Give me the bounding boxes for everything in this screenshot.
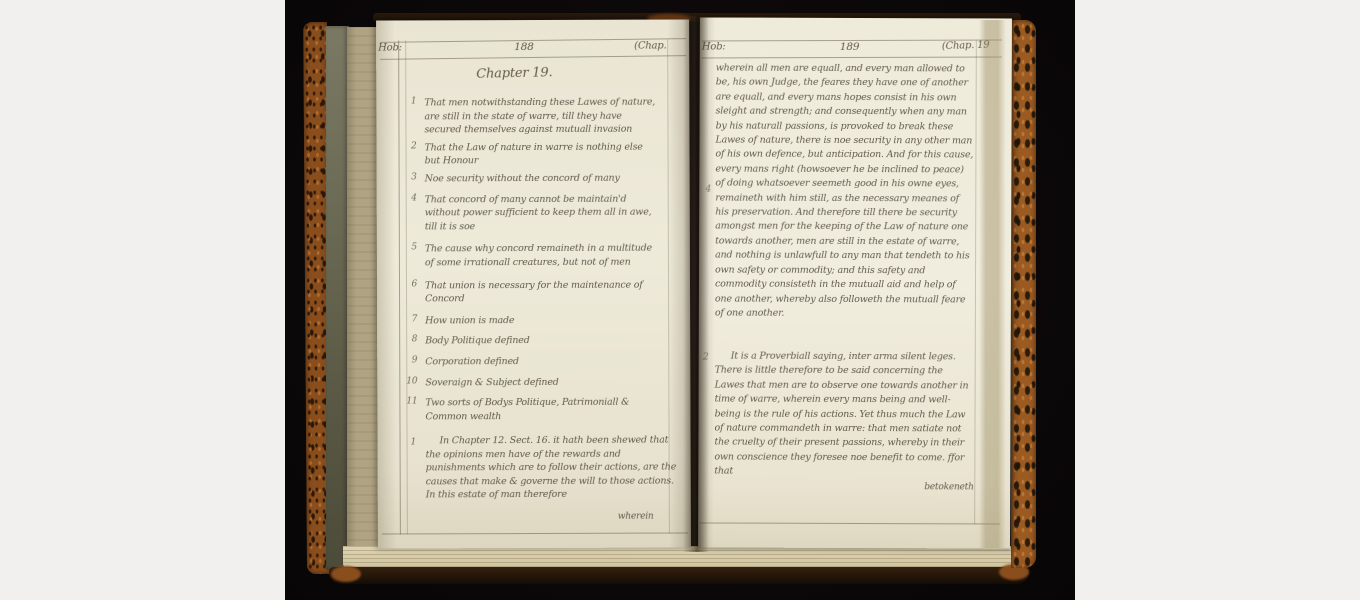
book-photograph: Hob: 188 (Chap. Chapter 19. 1That men no… [285,0,1075,600]
chapter-heading: Chapter 19. [476,65,552,82]
book-bottom-rim [329,567,1029,584]
left-page-bottom-rule [382,532,688,534]
right-page-number: 189 [840,41,859,53]
right-page-bottom-rule [700,522,1000,524]
right-page-paragraph-1: wherein all men are equall, and every ma… [715,62,974,322]
leather-corner-bottom-left [331,566,361,582]
left-page-header-rule-bottom [380,55,686,60]
list-item: 5The cause why concord remaineth in a mu… [405,242,667,270]
right-page-catchword: betokeneth [924,482,973,492]
list-item: 9Corporation defined [405,354,667,369]
section-list: 1That men notwithstanding these Lawes of… [404,96,667,428]
list-item: 11Two sorts of Bodys Politique, Patrimon… [405,396,667,424]
left-page-number: 188 [514,41,533,53]
leather-cover-right-edge [1011,20,1036,568]
right-page-right-margin-rule [974,40,977,524]
list-item: 10Soveraign & Subject defined [405,375,667,390]
list-item: 2That the Law of nature in warre is noth… [405,140,667,168]
list-item: 8Body Politique defined [405,334,667,349]
left-page-header-chapter-mark: (Chap. [634,41,666,52]
book-gutter-shadow [683,16,709,552]
right-page-stain-band [979,20,1006,548]
paragraph-section-number: 1 [411,437,417,447]
left-page-header-shortmark: Hob: [378,42,402,53]
list-item: 6That union is necessary for the mainten… [405,278,667,306]
list-item: 1That men notwithstanding these Lawes of… [404,96,666,138]
right-page: Hob: 189 (Chap. 19 4 2 wherein all men a… [698,17,1012,548]
list-item: 4That concord of many cannot be maintain… [405,192,667,234]
right-page-paragraph-2: It is a Proverbiall saying, inter arma s… [714,350,972,481]
list-item: 3Noe security without the concord of man… [405,172,667,187]
page-deckle-edges-left [347,27,378,568]
left-page: Hob: 188 (Chap. Chapter 19. 1That men no… [376,19,691,548]
right-page-header-rule-bottom [702,56,1002,58]
cover-inner-edge-left [326,26,349,570]
left-page-paragraph: In Chapter 12. Sect. 16. it hath been sh… [426,433,678,502]
left-page-margin-rule [398,40,401,534]
left-page-catchword: wherein [618,512,654,522]
list-item: 7How union is made [405,313,667,328]
